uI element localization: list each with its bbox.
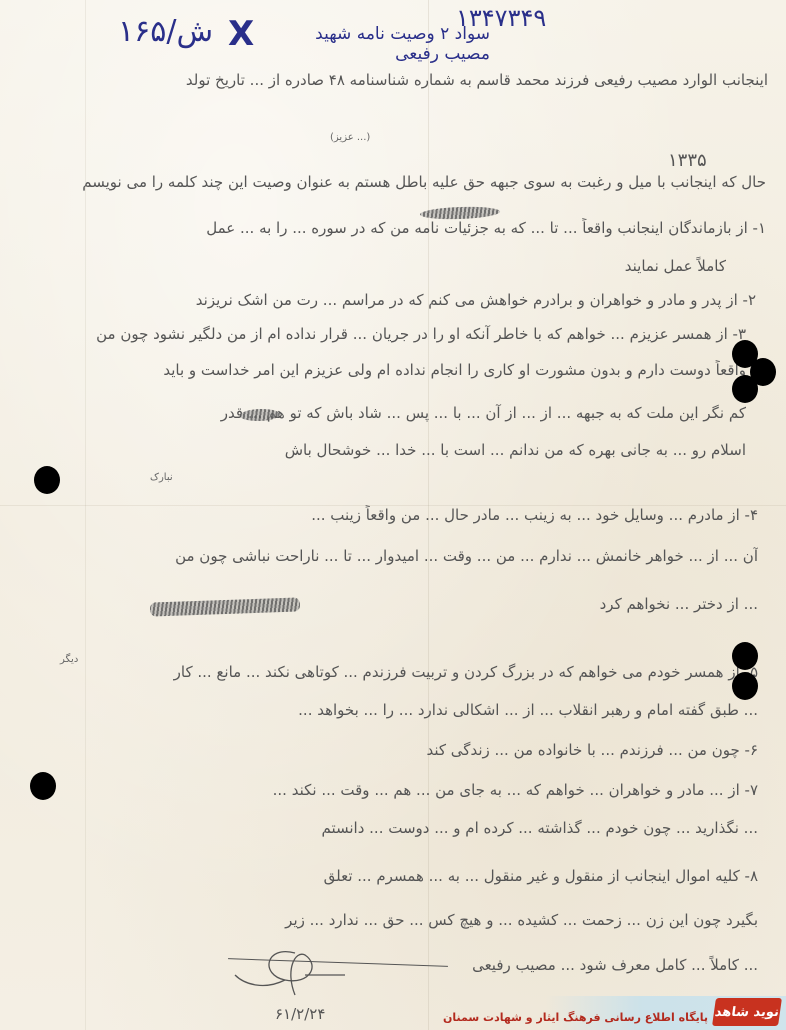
body-line: ۶- چون من ... فرزندم ... با خانواده من .…: [0, 740, 758, 760]
punch-hole: [732, 375, 758, 403]
file-code: ش/۱۶۵: [118, 14, 213, 49]
body-line: ۲- از پدر و مادر و خواهران و برادرم خواه…: [76, 290, 756, 310]
body-line: واقعاً دوست دارم و بدون مشورت او کاری را…: [0, 360, 746, 380]
body-line: ... از دختر ... نخواهم کرد: [358, 594, 758, 614]
body-line: ۷- از ... مادر و خواهران ... خواهم که ..…: [0, 780, 758, 800]
body-line: ۵- از همسر خودم می خواهم که در بزرگ کردن…: [0, 662, 758, 682]
body-line: ۳- از همسر عزیزم ... خواهم که با خاطر آن…: [0, 324, 746, 344]
body-line: کاملاً عمل نمایند: [526, 256, 726, 276]
document-title: سواد ۲ وصیت نامه شهید مصیب رفیعی: [300, 24, 490, 64]
punch-hole: [732, 642, 758, 670]
body-line: ۴- از مادرم ... وسایل خود ... به زینب ..…: [0, 505, 758, 525]
body-line: حال که اینجانب با میل و رغبت به سوی جبهه…: [6, 172, 766, 192]
punch-hole: [34, 466, 60, 494]
margin-note: نبارک: [150, 472, 173, 483]
body-line: کم نگر این ملت که به جبهه ... از ... از …: [0, 403, 746, 423]
signature-icon: [225, 945, 355, 1005]
body-line: ... طبق گفته امام و رهبر انقلاب ... از .…: [0, 700, 758, 720]
watermark-logo: نوید شاهد: [712, 998, 782, 1026]
watermark-caption: پایگاه اطلاع رسانی فرهنگ ایثار و شهادت س…: [443, 1011, 708, 1024]
signature-date: ۶۱/۲/۲۴: [275, 1005, 325, 1023]
margin-note: (... عزیز): [330, 132, 370, 143]
body-line: آن ... از ... خواهر خانمش ... ندارم ... …: [0, 546, 758, 566]
body-line: ۸- کلیه اموال اینجانب از منقول و غیر منق…: [0, 866, 758, 886]
file-mark: X: [228, 14, 254, 54]
body-line: ... نگذارید ... چون خودم ... گذاشته ... …: [38, 818, 758, 838]
punch-hole: [732, 672, 758, 700]
body-line: بگیرد چون این زن ... زحمت ... کشیده ... …: [0, 910, 758, 930]
body-line: اسلام رو ... به جانی بهره که من ندانم ..…: [46, 440, 746, 460]
body-line: اینجانب الوارد مصیب رفیعی فرزند محمد قاس…: [0, 70, 768, 90]
birth-year: ۱۳۳۵: [668, 150, 707, 171]
punch-hole: [30, 772, 56, 800]
body-line: ۱- از بازماندگان اینجانب واقعاً ... تا .…: [0, 218, 766, 238]
